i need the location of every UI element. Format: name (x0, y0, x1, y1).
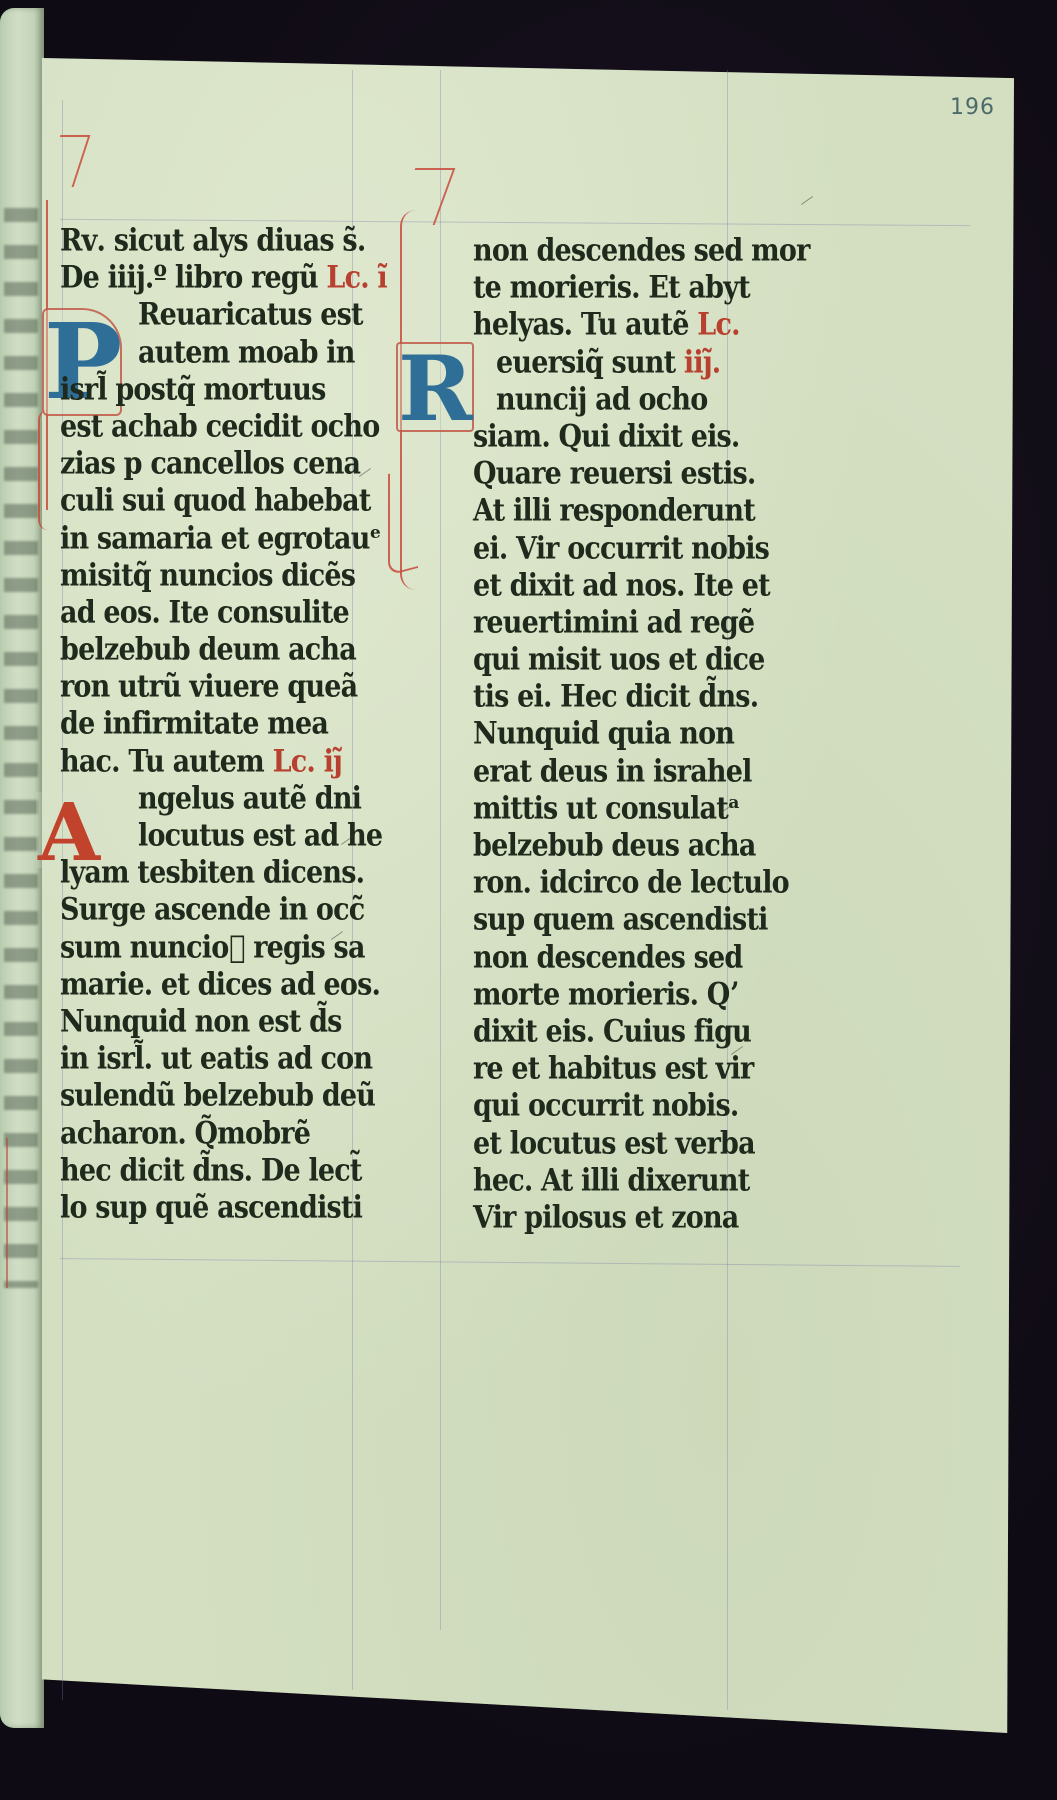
red-flourish (388, 466, 418, 576)
text-column-right: non descendes sed mor te morieris. Et ab… (418, 232, 758, 1236)
rubric-lection: Lc. ĩ (326, 260, 386, 296)
line-text: De iiij.º libro regũ (60, 260, 318, 296)
text-line: lo sup quẽ ascendisti (60, 1186, 380, 1229)
text-line: helyas. Tu autẽ Lc. (418, 304, 758, 347)
text-line: Surge ascende in occ̃ (60, 889, 380, 932)
text-line: qui occurrit nobis. (418, 1085, 758, 1128)
text-line: Nunquid quia non (418, 713, 758, 756)
text-line: erat deus in israhel (418, 750, 758, 793)
text-line: et locutus est verba (418, 1122, 758, 1165)
show-through-text (4, 208, 38, 1288)
line-text: helyas. Tu autẽ (473, 307, 689, 343)
text-line: Vir pilosus et zona (418, 1196, 758, 1239)
text-line: euersiq̃ sunt iij̃. (418, 341, 758, 384)
text-line: sup quem ascendisti (418, 899, 758, 942)
text-line: hac. Tu autem Lc. ij̃ (60, 740, 380, 783)
rubric-lection: iij̃. (684, 344, 720, 380)
text-line: non descendes sed (418, 936, 758, 979)
text-line: culi sui quod habebat (60, 480, 380, 523)
rubric-lection: Lc. (697, 307, 739, 343)
text-line: sum nuncio᷑ regis sa (60, 926, 380, 969)
text-line: in samaria et egrotauᵉ (60, 517, 380, 560)
rubric-lection: Lc. ij̃ (273, 743, 342, 779)
text-column-left: Rⅴ. sicut alys diuas s̃. De iiij.º libro… (60, 222, 380, 1226)
text-line: de infirmitate mea (60, 703, 380, 746)
photograph-background: 196 P R A Rⅴ. sicut alys diuas s̃. De ii… (0, 0, 1057, 1800)
folio-number: 196 (950, 95, 995, 120)
text-line: ei. Vir occurrit nobis (418, 527, 758, 570)
show-through-rubric (6, 1138, 34, 1288)
text-line: acharon. Q̃mobrẽ (60, 1112, 380, 1155)
text-line: autem moab in (60, 331, 380, 374)
text-line: sulendũ belzebub deũ (60, 1075, 380, 1118)
text-line: At illi responderunt (418, 490, 758, 533)
line-text: euersiq̃ sunt (496, 344, 675, 380)
line-text: hac. Tu autem (60, 743, 264, 779)
text-line: Reuaricatus est (60, 294, 380, 337)
red-flourish (38, 410, 60, 530)
